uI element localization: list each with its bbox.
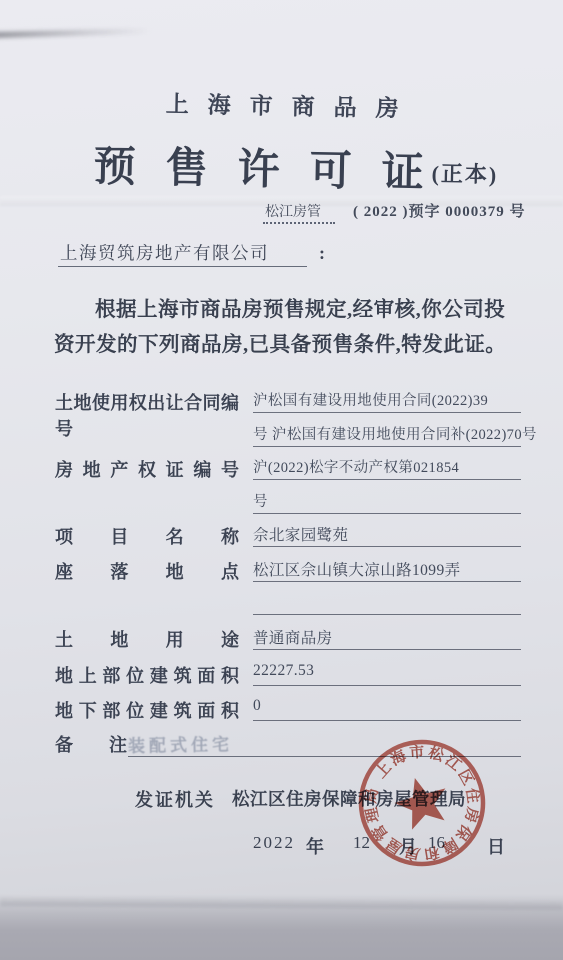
field-value: 号 沪松国有建设用地使用合同补(2022)70号 <box>253 423 521 447</box>
star-icon <box>389 771 453 833</box>
body-paragraph: 根据上海市商品房预售规定,经审核,你公司投 资开发的下列商品房,已具备预售条件,… <box>54 293 523 363</box>
body-line: 资开发的下列商品房,已具备预售条件,特发此证。 <box>54 328 523 363</box>
title-main: 预售许可证 <box>93 144 454 197</box>
issuer-office: 松江房管 <box>263 205 335 224</box>
field-value: 号 <box>253 490 521 514</box>
field-land-contract-cont: 号 沪松国有建设用地使用合同补(2022)70号 <box>0 423 563 453</box>
remark-stamp-text: 装配式住宅 <box>128 730 233 757</box>
field-label: 土地用途 <box>55 626 239 652</box>
field-label: 地下部位建筑面积 <box>55 697 239 723</box>
body-line: 根据上海市商品房预售规定,经审核,你公司投 <box>54 293 523 328</box>
field-land-contract: 土地使用权出让合同编号 沪松国有建设用地使用合同(2022)39 <box>0 389 563 419</box>
field-value: 佘北家园鹭苑 <box>253 523 521 547</box>
addressee-colon: : <box>319 243 325 263</box>
issuing-authority-label: 发证机关 <box>135 786 215 812</box>
field-value: 普通商品房 <box>253 626 521 650</box>
field-property-cert-cont: 号 <box>0 490 563 520</box>
official-seal: 上海市松江区住房保障和房屋管理局 <box>327 708 516 897</box>
field-project-name: 项目名称 佘北家园鹭苑 <box>0 523 563 553</box>
serial-number: ( 2022 )预字 0000379 号 <box>353 204 526 220</box>
field-value: 沪松国有建设用地使用合同(2022)39 <box>253 389 521 413</box>
title-line2: 预售许可证(正本) <box>0 132 563 203</box>
field-land-use: 土地用途 普通商品房 <box>0 626 563 656</box>
field-label: 备注 <box>55 731 127 757</box>
certificate-header: 上海市商品房 预售许可证(正本) <box>0 83 563 203</box>
field-label: 房地产权证编号 <box>55 456 239 482</box>
field-value: 沪(2022)松字不动产权第021854 <box>253 456 521 480</box>
field-location: 座落地点 松江区佘山镇大凉山路1099弄 <box>0 558 563 588</box>
field-label: 地上部位建筑面积 <box>55 662 239 688</box>
field-property-cert: 房地产权证编号 沪(2022)松字不动产权第021854 <box>0 456 563 486</box>
field-location-cont <box>0 591 563 621</box>
document-photo: 上海市商品房 预售许可证(正本) 松江房管 ( 2022 )预字 0000379… <box>0 0 563 960</box>
field-value <box>253 591 521 615</box>
title-line1: 上海市商品房 <box>0 83 563 127</box>
background-table-surface <box>0 894 563 960</box>
date-year: 2022 <box>253 833 295 853</box>
field-value: 松江区佘山镇大凉山路1099弄 <box>253 558 521 582</box>
date-year-unit: 年 <box>306 833 324 859</box>
serial-number-row: 松江房管 ( 2022 )预字 0000379 号 <box>263 200 526 221</box>
field-value: 22227.53 <box>253 662 521 686</box>
field-label: 项目名称 <box>55 523 239 549</box>
field-label: 座落地点 <box>55 558 239 584</box>
title-suffix: (正本) <box>431 161 498 187</box>
field-above-ground-area: 地上部位建筑面积 22227.53 <box>0 662 563 692</box>
addressee-name: 上海贸筑房地产有限公司 <box>58 243 307 267</box>
addressee-row: 上海贸筑房地产有限公司: <box>58 240 325 265</box>
paper-smudge <box>0 28 152 38</box>
